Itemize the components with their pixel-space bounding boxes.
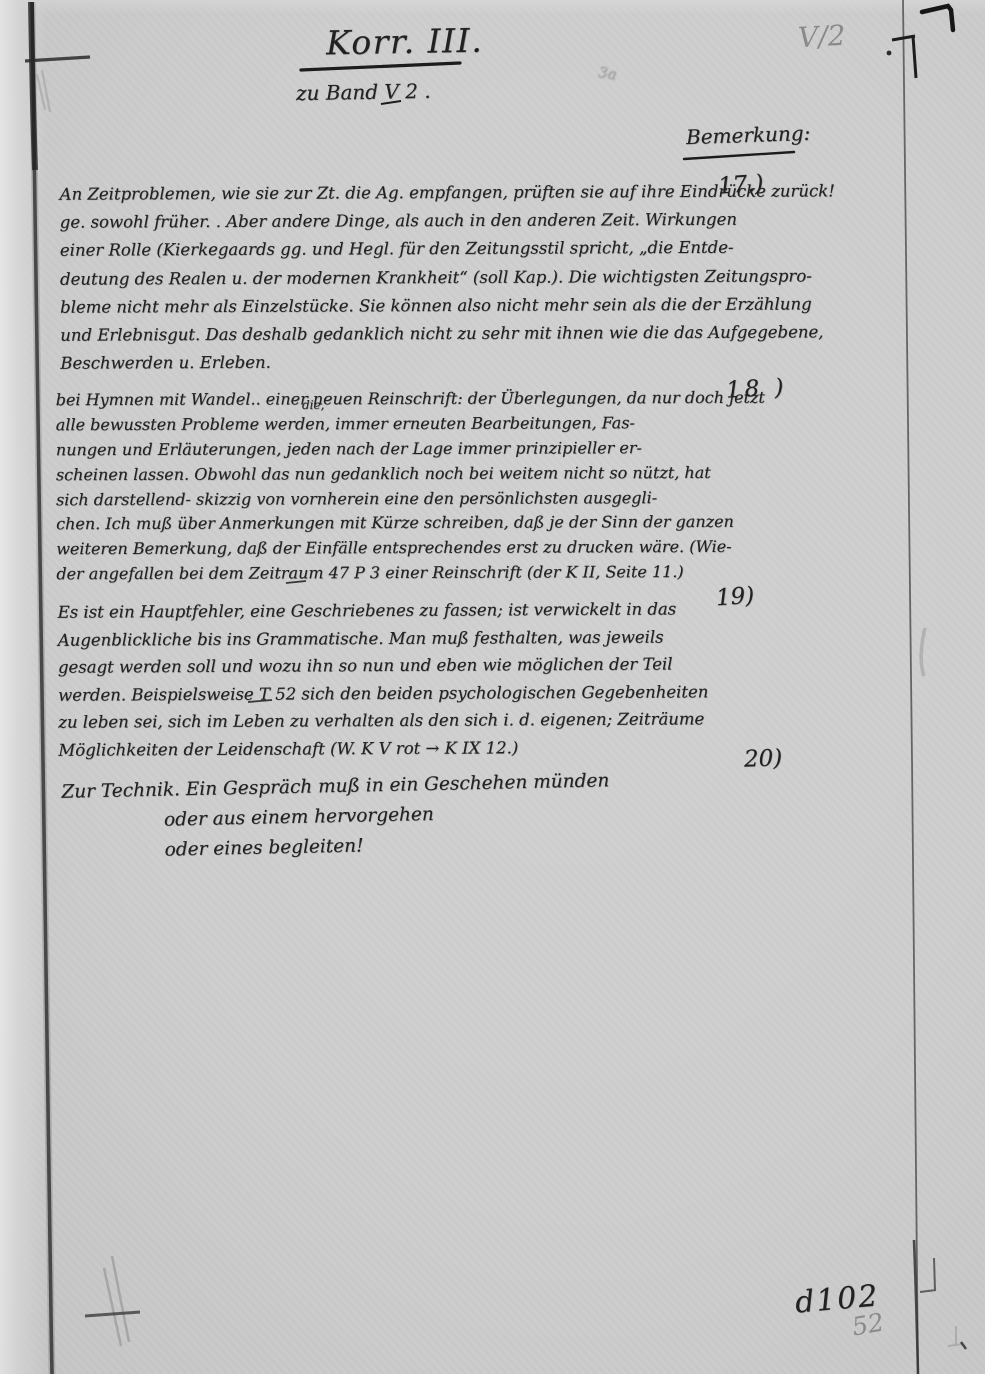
handwriting-line: alle bewussten Probleme werden, immer er… (56, 411, 765, 438)
top-right-corner-mark (922, 6, 953, 30)
handwriting-line: weiteren Bemerkung, daß der Einfälle ent… (56, 535, 765, 562)
bottom-left-tick (85, 1312, 140, 1316)
annotation-number-20: 20) (744, 745, 783, 772)
handwriting-line: und Erlebnisgut. Das deshalb gedanklich … (60, 318, 835, 350)
handwriting-line: bleme nicht mehr als Einzelstücke. Sie k… (60, 290, 835, 322)
right-margin-pencil-smudge (921, 628, 925, 676)
pencil-page-number: 52 (850, 1307, 886, 1341)
handwriting-line: sich darstellend- skizzig von vornherein… (56, 485, 765, 512)
handwriting-line: zu leben sei, sich im Leben zu verhalten… (58, 706, 708, 737)
bottom-left-pencil-smudge (104, 1256, 129, 1346)
paragraph-18: bei Hymnen mit Wandel.. einer neuen Rein… (56, 386, 766, 588)
handwriting-line: der angefallen bei dem Zeitraum 47 P 3 e… (56, 560, 765, 587)
pencil-volume-mark: V/2 (797, 19, 846, 54)
handwriting-line: chen. Ich muß über Anmerkungen mit Kürze… (56, 510, 765, 537)
handwriting-line: nungen und Erläuterungen, jeden nach der… (56, 436, 765, 463)
handwriting-line: gesagt werden soll und wozu ihn so nun u… (58, 650, 708, 681)
page-title: Korr. III. (326, 21, 484, 63)
handwriting-line: bei Hymnen mit Wandel.. einer neuen Rein… (56, 386, 765, 413)
handwriting-line: Es ist ein Hauptfehler, eine Geschrieben… (58, 595, 708, 626)
bottom-right-ink-dash (961, 1342, 966, 1349)
paragraph-20: Zur Technik. Ein Gespräch muß in ein Ges… (61, 766, 611, 867)
paragraph-17: An Zeitproblemen, wie sie zur Zt. die Ag… (60, 177, 836, 378)
left-border-top-segment (31, 2, 35, 170)
right-border-line (903, 0, 918, 1374)
handwriting-line: An Zeitproblemen, wie sie zur Zt. die Ag… (60, 177, 835, 209)
column-header: Bemerkung: (686, 121, 811, 149)
handwriting-line: einer Rolle (Kierkegaards gg. und Hegl. … (60, 234, 835, 266)
ink-dot (887, 51, 892, 56)
paragraph-19: Es ist ein Hauptfehler, eine Geschrieben… (58, 595, 709, 764)
scanned-manuscript-page: Korr. III. zu Band V 2 . V/2 3a Bemerkun… (0, 0, 985, 1374)
bottom-right-bracket-mark (920, 1258, 936, 1292)
handwriting-line: Beschwerden u. Erleben. (60, 346, 835, 378)
handwriting-line: werden. Beispielsweise T 52 sich den bei… (58, 678, 708, 709)
handwriting-line: Augenblickliche bis ins Grammatische. Ma… (58, 623, 708, 654)
top-left-pencil-smudge (37, 70, 50, 112)
handwriting-line: deutung des Realen u. der modernen Krank… (60, 262, 835, 294)
annotation-number-19: 19) (715, 583, 755, 612)
page-subtitle: zu Band V 2 . (296, 79, 431, 105)
handwriting-line: scheinen lassen. Obwohl das nun gedankli… (56, 460, 765, 487)
left-border-line (32, 2, 52, 1374)
column-header-underline (684, 152, 794, 159)
faint-pencil-note: 3a (597, 63, 618, 83)
handwriting-line: ge. sowohl früher. . Aber andere Dinge, … (60, 205, 835, 237)
title-underline (301, 63, 460, 70)
handwriting-line: Möglichkeiten der Leidenschaft (W. K V r… (58, 733, 708, 764)
